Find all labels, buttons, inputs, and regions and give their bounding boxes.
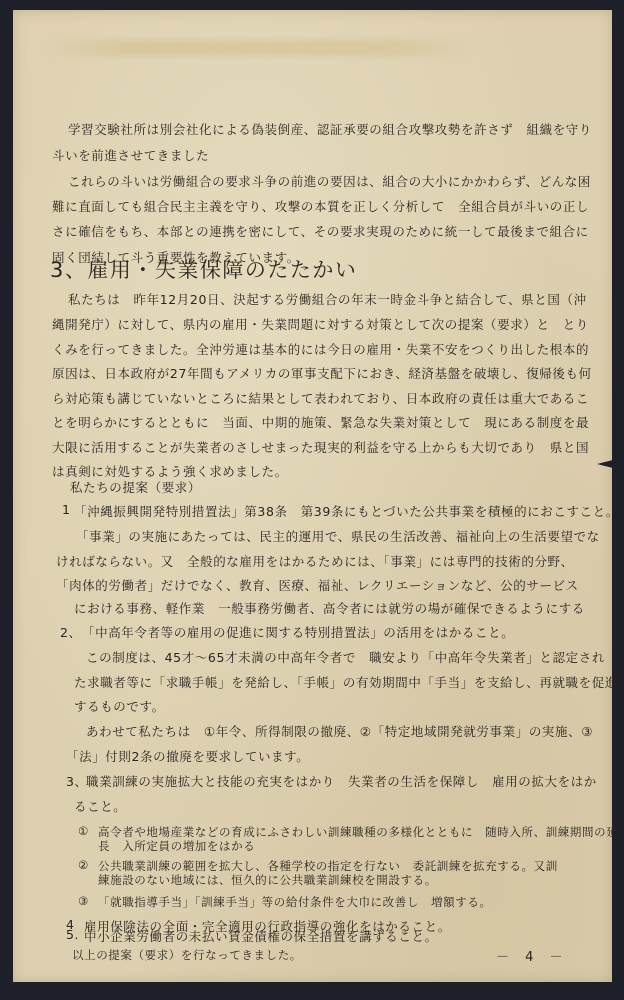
item-line: 「事業」の実施にあたっては、民主的運用で、県民の生活改善、福祉向上の生活要望でな	[76, 527, 600, 545]
item-line: この制度は、45才～65才未満の中高年令者で 職安より「中高年令失業者」と認定さ…	[86, 648, 605, 666]
item-number: 5.	[66, 927, 79, 942]
closing-line: 以上の提案（要求）を行なってきました。	[72, 947, 302, 963]
item-line: 「法」付則2条の撤廃を要求しています。	[66, 747, 309, 765]
paragraph-line: ら対応策も講じていないところに結果として表われており、日本政府の責任は重大である…	[52, 389, 589, 407]
subitem-number: ②	[78, 858, 89, 872]
intro-line: 学習交験社所は別会社化による偽装倒産、認証承要の組合攻撃攻勢を許さず 組織を守り	[68, 120, 592, 138]
item-line: における事務、軽作業 一般事務労働者、高令者には就労の場が確保できるようにする	[74, 599, 585, 617]
item-number: 3、	[66, 772, 88, 790]
item-number: 2、	[60, 623, 82, 641]
paragraph-line: とを明らかにするとともに 当面、中期的施策、緊急な失業対策として 現にある制度を…	[52, 413, 589, 431]
item-line: ること。	[74, 797, 126, 815]
intro-line: 斗いを前進させてきました	[52, 146, 209, 164]
page-number: － 4 －	[496, 946, 569, 965]
item-line: あわせて私たちは ①年令、所得制限の撤廃、②「特定地域開発就労事業」の実施、③	[86, 722, 593, 740]
intro-line: 難に直面しても組合民主主義を守り、攻撃の本質を正しく分析して 全組合員が斗いの正…	[52, 197, 589, 215]
paragraph-line: 私たちは 昨年12月20日、決起する労働組合の年末一時金斗争と結合して、県と国（…	[68, 290, 587, 308]
section-heading: 3、雇用・失業保障のたたかい	[50, 254, 357, 284]
item-line: 「肉体的労働者」だけでなく、教育、医療、福祉、レクリエーションなど、公的サービス	[56, 576, 579, 594]
item-number: 1	[62, 502, 71, 517]
subitem-line: 「就職指導手当」「訓練手当」等の給付条件を大巾に改善し 増額する。	[98, 894, 492, 910]
intro-line: これらの斗いは労働組合の要求斗争の前進の要因は、組合の大小にかかわらず、どんな困	[68, 172, 591, 190]
intro-line: さに確信をもち、本部との連携を密にして、その要求実現のために統一して最後まで組合…	[52, 222, 589, 240]
item-line: するものです。	[74, 697, 165, 715]
proposals-label: 私たちの提案（要求）	[70, 478, 201, 496]
item-line: 中小企業労働者の未払い賃金債権の保全措置を講ずること。	[84, 927, 438, 945]
item-line: 「中高年令者等の雇用の促進に関する特別措置法」の活用をはかること。	[82, 623, 514, 641]
paragraph-line: くみを行ってきました。全沖労連は基本的には今日の雇用・失業不安をつくり出した根本…	[52, 340, 589, 358]
subitem-line: 練施設のない地域には、恒久的に公共職業訓練校を開設する。	[98, 872, 437, 888]
item-line: 「沖縄振興開発特別措置法」第38条 第39条にもとづいた公共事業を積極的におこす…	[74, 502, 619, 520]
paragraph-line: 縄開発庁）に対して、県内の雇用・失業問題に対する対策として次の提案（要求）と と…	[52, 315, 589, 333]
subitem-line: 長 入所定員の増加をはかる	[98, 838, 255, 854]
paragraph-line: 原因は、日本政府が27年間もアメリカの軍事支配下におき、経済基盤を破壊し、復帰後…	[52, 364, 592, 382]
item-line: 職業訓練の実施拡大と技能の充実をはかり 失業者の生活を保障し 雇用の拡大をはか	[86, 772, 597, 790]
item-line: た求職者等に「求職手帳」を発給し、「手帳」の有効期間中「手当」を支給し、再就職を…	[74, 673, 618, 691]
page-content: 学習交験社所は別会社化による偽装倒産、認証承要の組合攻撃攻勢を許さず 組織を守り…	[0, 0, 624, 1000]
subitem-number: ①	[78, 824, 89, 838]
paragraph-line: 大限に活用することが失業者のさしせまった現実的利益を守る上からも大切であり 県と…	[52, 438, 589, 456]
subitem-number: ③	[78, 894, 89, 908]
item-line: ければならない。又 全般的な雇用をはかるためには、「事業」には専門的技術的分野、	[56, 552, 574, 570]
